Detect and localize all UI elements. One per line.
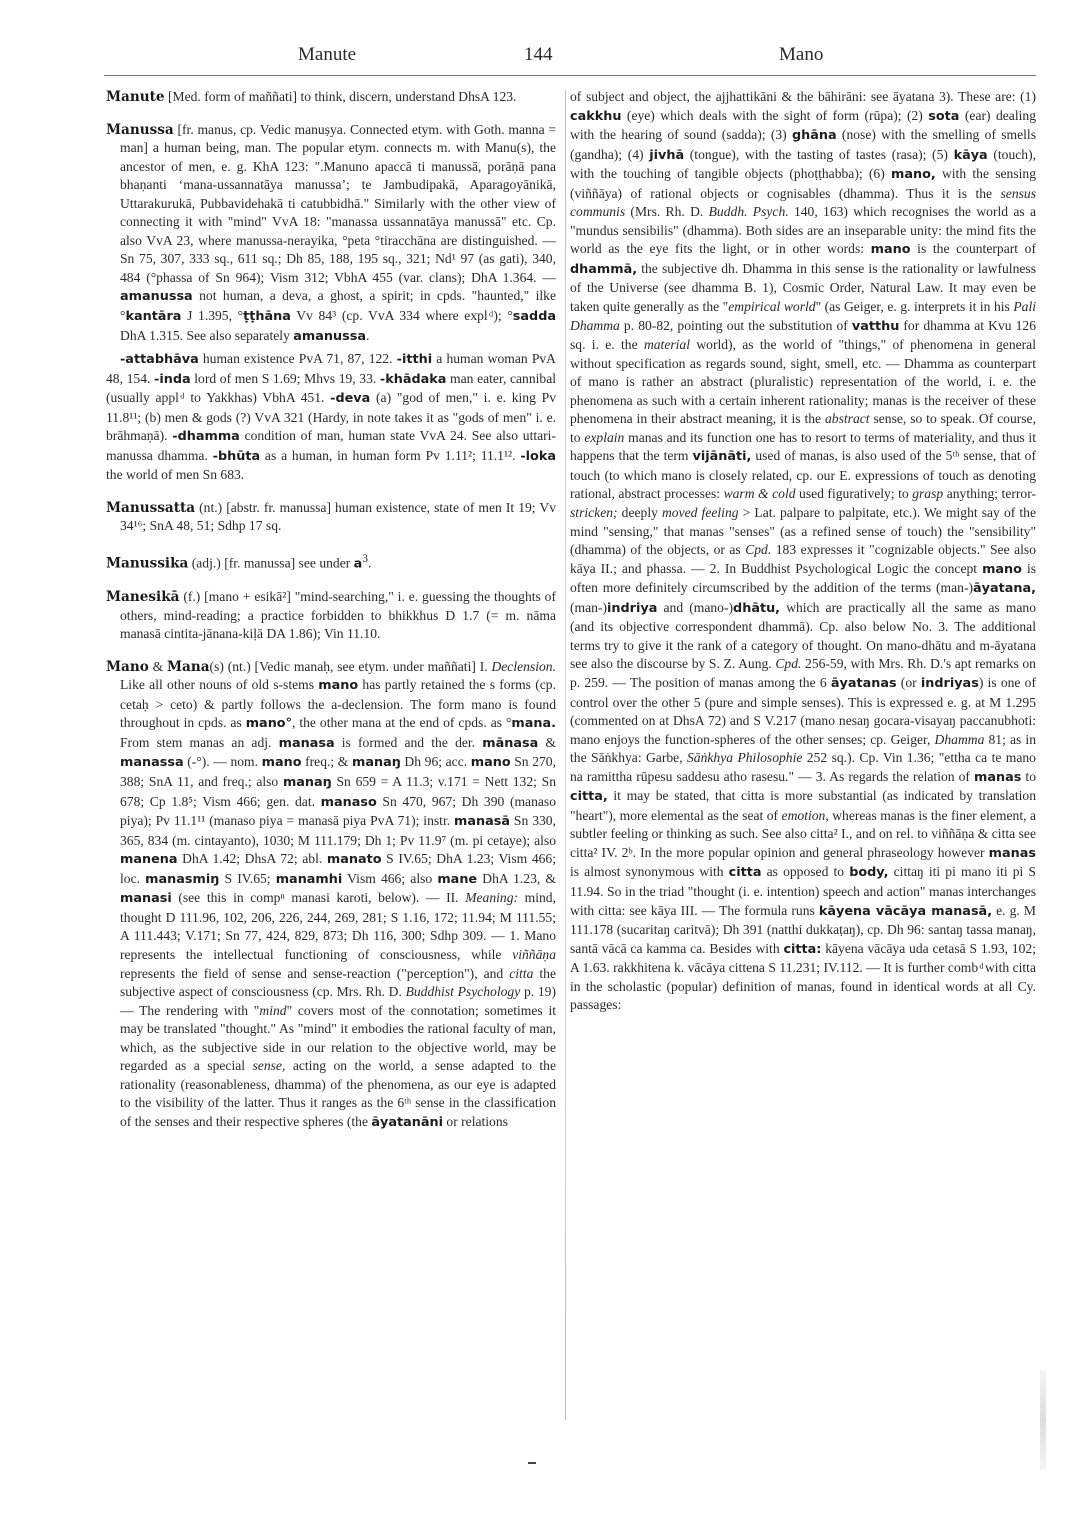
- definition: human existence PvA 71, 87, 122.: [199, 351, 397, 366]
- bold-term: manasa: [279, 736, 335, 751]
- bold-term: dhammā,: [570, 262, 637, 277]
- bold-term: kāyena vācāya manasā,: [819, 904, 992, 919]
- bold-term: mano: [262, 755, 302, 770]
- italic-term: citta: [509, 966, 533, 981]
- text: " (as Geiger, e. g. interprets it in his: [816, 299, 1014, 314]
- bold-term: manas: [989, 846, 1036, 861]
- bold-term: manasā: [454, 814, 510, 829]
- text: is almost synonymous with: [570, 864, 729, 879]
- headword: Mano: [106, 659, 149, 675]
- bold-term: sota: [928, 109, 959, 124]
- ampersand: &: [149, 659, 167, 674]
- headword: Manesikā: [106, 589, 179, 605]
- compound-term: -loka: [520, 449, 556, 464]
- italic-term: stricken;: [570, 505, 618, 520]
- text: deeply: [618, 505, 662, 520]
- text: (Mrs. Rh. D.: [625, 204, 708, 219]
- bold-term: manaŋ: [352, 755, 401, 770]
- bold-term: kāya: [954, 148, 988, 163]
- footer-mark: [528, 1462, 536, 1464]
- bold-term: ṭṭhāna: [243, 309, 291, 324]
- bold-term: manato: [327, 852, 382, 867]
- entry-manute: Manute [Med. form of maññati] to think, …: [106, 88, 556, 107]
- italic-term: sense,: [253, 1058, 286, 1073]
- entry-mano-continued: of subject and object, the ajjhattikāni …: [570, 88, 1036, 1015]
- headword-suffix: (s): [210, 659, 224, 674]
- entry-manussa: Manussa [fr. manus, cp. Vedic manuṣya. C…: [106, 121, 556, 347]
- entry-manussatta: Manussatta (nt.) [abstr. fr. manussa] hu…: [106, 499, 556, 536]
- headword: Mana: [167, 659, 210, 675]
- definition: Vv 84³ (cp. VvA 334 where expl ͩ); °: [291, 308, 513, 323]
- definition: , the other mana at the end of cpds. as …: [292, 715, 511, 730]
- bold-term: manassa: [120, 755, 184, 770]
- entry-manussika: Manussika (adj.) [fr. manussa] see under…: [106, 550, 556, 574]
- definition: Dh 96; acc.: [401, 754, 471, 769]
- bold-term: mano: [471, 755, 511, 770]
- definition: [Med. form of maññati] to think, discern…: [168, 89, 516, 104]
- bold-term: amanussa: [293, 329, 366, 344]
- bold-term: cakkhu: [570, 109, 621, 124]
- italic-term: emotion,: [782, 808, 829, 823]
- italic-term: empirical world: [728, 299, 815, 314]
- header-rule: [104, 75, 1036, 76]
- page-number: 144: [524, 44, 553, 66]
- left-column: Manute [Med. form of maññati] to think, …: [106, 88, 556, 1146]
- definition: S IV.65;: [219, 871, 275, 886]
- italic-term: moved feeling: [662, 505, 739, 520]
- bold-term: manasi: [120, 891, 172, 906]
- italic-term: mind: [259, 1003, 286, 1018]
- book-title: Buddh. Psych.: [709, 204, 789, 219]
- text: is the counterpart of: [911, 241, 1036, 256]
- bold-term: citta: [729, 865, 762, 880]
- bold-term: mana.: [511, 716, 556, 731]
- compound-term: -deva: [330, 391, 370, 406]
- headword: Manussika: [106, 556, 188, 572]
- compound-term: -bhūta: [213, 449, 260, 464]
- bold-term: kantāra: [125, 309, 181, 324]
- text: used figuratively; to: [796, 486, 913, 501]
- definition: lord of men S 1.69; Mhvs 19, 33.: [191, 371, 380, 386]
- book-title: Cpd.: [745, 542, 771, 557]
- entry-mano: Mano & Mana(s) (nt.) [Vedic manaḥ, see e…: [106, 658, 556, 1133]
- definition: (see this in compⁿ manasi karoti, below)…: [172, 890, 465, 905]
- bold-term: citta:: [783, 942, 821, 957]
- bold-term: manas: [974, 770, 1021, 785]
- headword: Manussa: [106, 122, 174, 138]
- bold-term: amanussa: [120, 289, 193, 304]
- bold-term: dhātu,: [733, 601, 780, 616]
- bold-term: mānasa: [482, 736, 538, 751]
- bold-term: vijānāti,: [693, 449, 752, 464]
- compound-term: -itthi: [397, 352, 432, 367]
- bold-term: mano: [982, 562, 1022, 577]
- header-right-guideword: Mano: [779, 44, 823, 66]
- definition: Like all other nouns of old s-stems: [120, 677, 318, 692]
- bold-term: indriya: [607, 601, 657, 616]
- bold-term: ghāna: [792, 128, 837, 143]
- definition: .: [366, 328, 369, 343]
- definition: J 1.395, °: [181, 308, 243, 323]
- page-edge-shadow: [1040, 1370, 1046, 1470]
- bold-term: mano: [318, 678, 358, 693]
- text: as opposed to: [762, 864, 850, 879]
- bold-term: indriyas: [921, 676, 979, 691]
- italic-term: grasp: [912, 486, 943, 501]
- entry-manussa-compounds: -attabhāva human existence PvA 71, 87, 1…: [106, 350, 556, 485]
- column-divider: [565, 90, 566, 1420]
- definition: From stem manas an adj.: [120, 735, 279, 750]
- text: to: [1021, 769, 1036, 784]
- header-left-guideword: Manute: [298, 44, 356, 66]
- compound-term: -khādaka: [380, 372, 447, 387]
- bold-term: mane: [437, 872, 477, 887]
- definition: .: [368, 556, 371, 571]
- definition: DhA 1.315. See also separately: [120, 328, 293, 343]
- definition: Vism 466; also: [342, 871, 437, 886]
- italic-term: abstract: [825, 411, 870, 426]
- definition: DhA 1.23, &: [477, 871, 556, 886]
- definition: as a human, in human form Pv 1.11²; 11.1…: [260, 448, 520, 463]
- definition: the world of men Sn 683.: [106, 467, 244, 482]
- page-header: Manute 144 Mano: [100, 44, 1040, 74]
- bold-term: citta,: [570, 789, 608, 804]
- italic-term: viññāṇa: [512, 947, 556, 962]
- bold-term: mano,: [891, 167, 936, 182]
- text: of subject and object, the ajjhattikāni …: [570, 89, 1036, 104]
- definition: or relations: [443, 1114, 508, 1129]
- bold-term: sadda: [513, 309, 556, 324]
- definition: (adj.) [fr. manussa] see under: [192, 556, 354, 571]
- bold-term: āyatana,: [973, 581, 1036, 596]
- section-label: Declension.: [491, 659, 556, 674]
- compound-term: -attabhāva: [120, 352, 199, 367]
- italic-term: explain: [584, 430, 624, 445]
- definition: (-°). — nom.: [184, 754, 262, 769]
- text: p. 80-82, pointing out the substitution …: [620, 318, 852, 333]
- bold-term: vatthu: [852, 319, 899, 334]
- text: (tongue), with the tasting of tastes (ra…: [684, 147, 953, 162]
- compound-term: -dhamma: [172, 429, 240, 444]
- bold-term: manena: [120, 852, 178, 867]
- definition: represents the field of sense and sense-…: [120, 966, 509, 981]
- headword: Manussatta: [106, 500, 195, 516]
- definition: &: [538, 735, 556, 750]
- right-column: of subject and object, the ajjhattikāni …: [570, 88, 1036, 1029]
- definition: freq.; &: [302, 754, 352, 769]
- definition: [fr. manus, cp. Vedic manuṣya. Connected…: [120, 122, 556, 285]
- text: (or: [897, 675, 921, 690]
- bold-term: mano°: [246, 716, 292, 731]
- definition: is formed and the der.: [335, 735, 483, 750]
- bold-term: manaso: [321, 795, 377, 810]
- bold-term: mano: [871, 242, 911, 257]
- book-title: Sāṅkhya Philosophie: [687, 750, 802, 765]
- section-label: Meaning:: [465, 890, 518, 905]
- entry-manesika: Manesikā (f.) [mano + esikā²] "mind-sear…: [106, 588, 556, 644]
- bold-term: jivhā: [649, 148, 684, 163]
- text: (man-): [570, 600, 607, 615]
- bold-term: manaŋ: [283, 775, 332, 790]
- book-title: Dhamma: [935, 732, 985, 747]
- compound-term: -inda: [154, 372, 191, 387]
- italic-term: material: [644, 337, 690, 352]
- bold-term: āyatanas: [831, 676, 897, 691]
- book-title: Cpd.: [775, 656, 801, 671]
- italic-term: warm & cold: [724, 486, 796, 501]
- headword: Manute: [106, 89, 165, 105]
- text: and (mano-): [657, 600, 733, 615]
- bold-term: manasmiŋ: [145, 872, 219, 887]
- definition: (nt.) [Vedic manaḥ, see etym. under maññ…: [224, 659, 492, 674]
- definition: (f.) [mano + esikā²] "mind-searching," i…: [120, 589, 556, 641]
- bold-term: body,: [849, 865, 888, 880]
- text: (eye) which deals with the sight of form…: [621, 108, 928, 123]
- book-title: Buddhist Psychology: [406, 984, 521, 999]
- definition: DhA 1.42; DhsA 72; abl.: [178, 851, 327, 866]
- bold-term: āyatanāni: [371, 1115, 443, 1130]
- bold-term: manamhi: [276, 872, 343, 887]
- text: anything; terror-: [943, 486, 1036, 501]
